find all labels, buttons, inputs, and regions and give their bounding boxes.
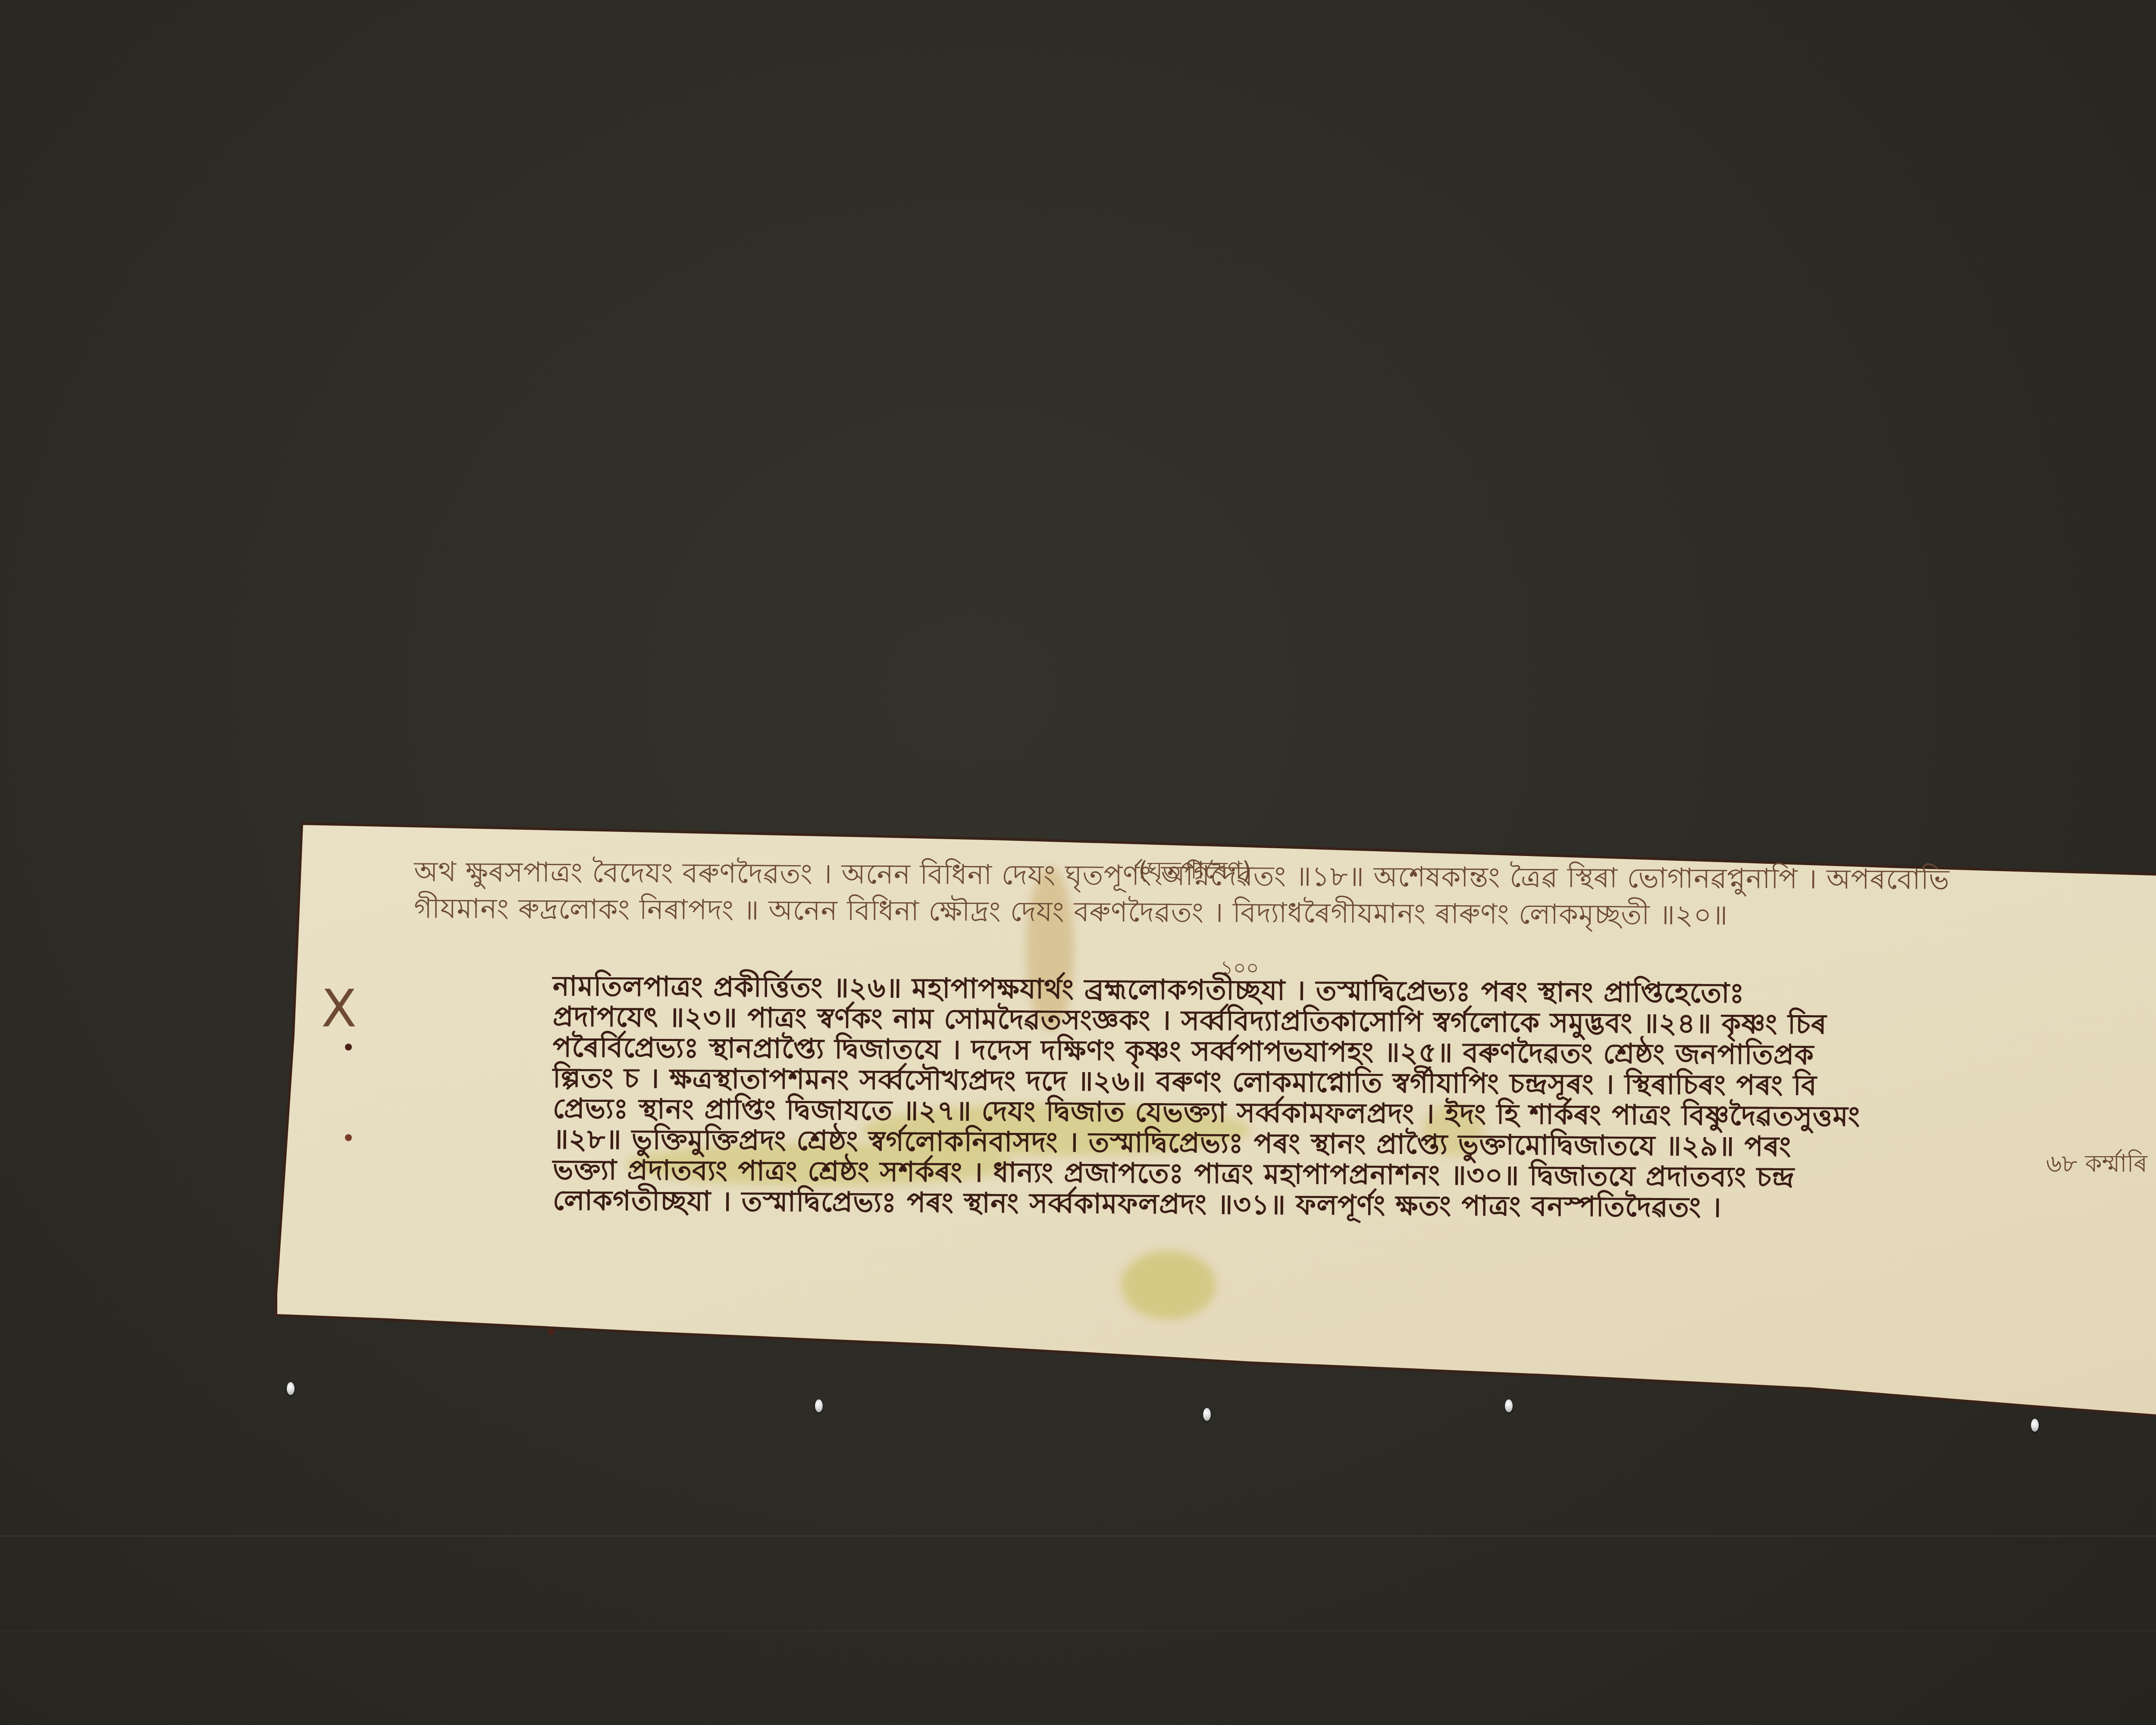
- ink-dot: [345, 1044, 352, 1051]
- manuscript-leaf: (ঘৃতপাৰেণ) অথ ক্ষুৰসপাত্ৰং বৈদেযং বৰুণদৈ…: [0, 0, 2156, 1725]
- cross-mark-icon: X: [321, 979, 357, 1039]
- pigment-stain: [1121, 1251, 1216, 1320]
- right-margin-note: ৬৮ কৰ্ম্মাৰি: [2046, 1145, 2147, 1186]
- mounting-pin: [287, 1382, 295, 1395]
- ink-dot: [548, 1328, 555, 1335]
- manuscript-line: অথ ক্ষুৰসপাত্ৰং বৈদেযং বৰুণদৈৱতং । অনেন …: [414, 858, 1950, 894]
- mounting-pin: [815, 1399, 823, 1412]
- manuscript-line: গীযমানং ৰুদ্ৰলোকং নিৰাপদং ॥ অনেন বিধিনা …: [414, 895, 1728, 929]
- ink-dot: [345, 1134, 352, 1141]
- mounting-pin: [1203, 1408, 1211, 1421]
- mounting-pin: [2031, 1419, 2039, 1432]
- mounting-pin: [1505, 1399, 1513, 1412]
- manuscript-line: লোকগতীচ্ছযা । তস্মাদ্বিপ্ৰেভ্যঃ পৰং স্থা…: [553, 1187, 1722, 1222]
